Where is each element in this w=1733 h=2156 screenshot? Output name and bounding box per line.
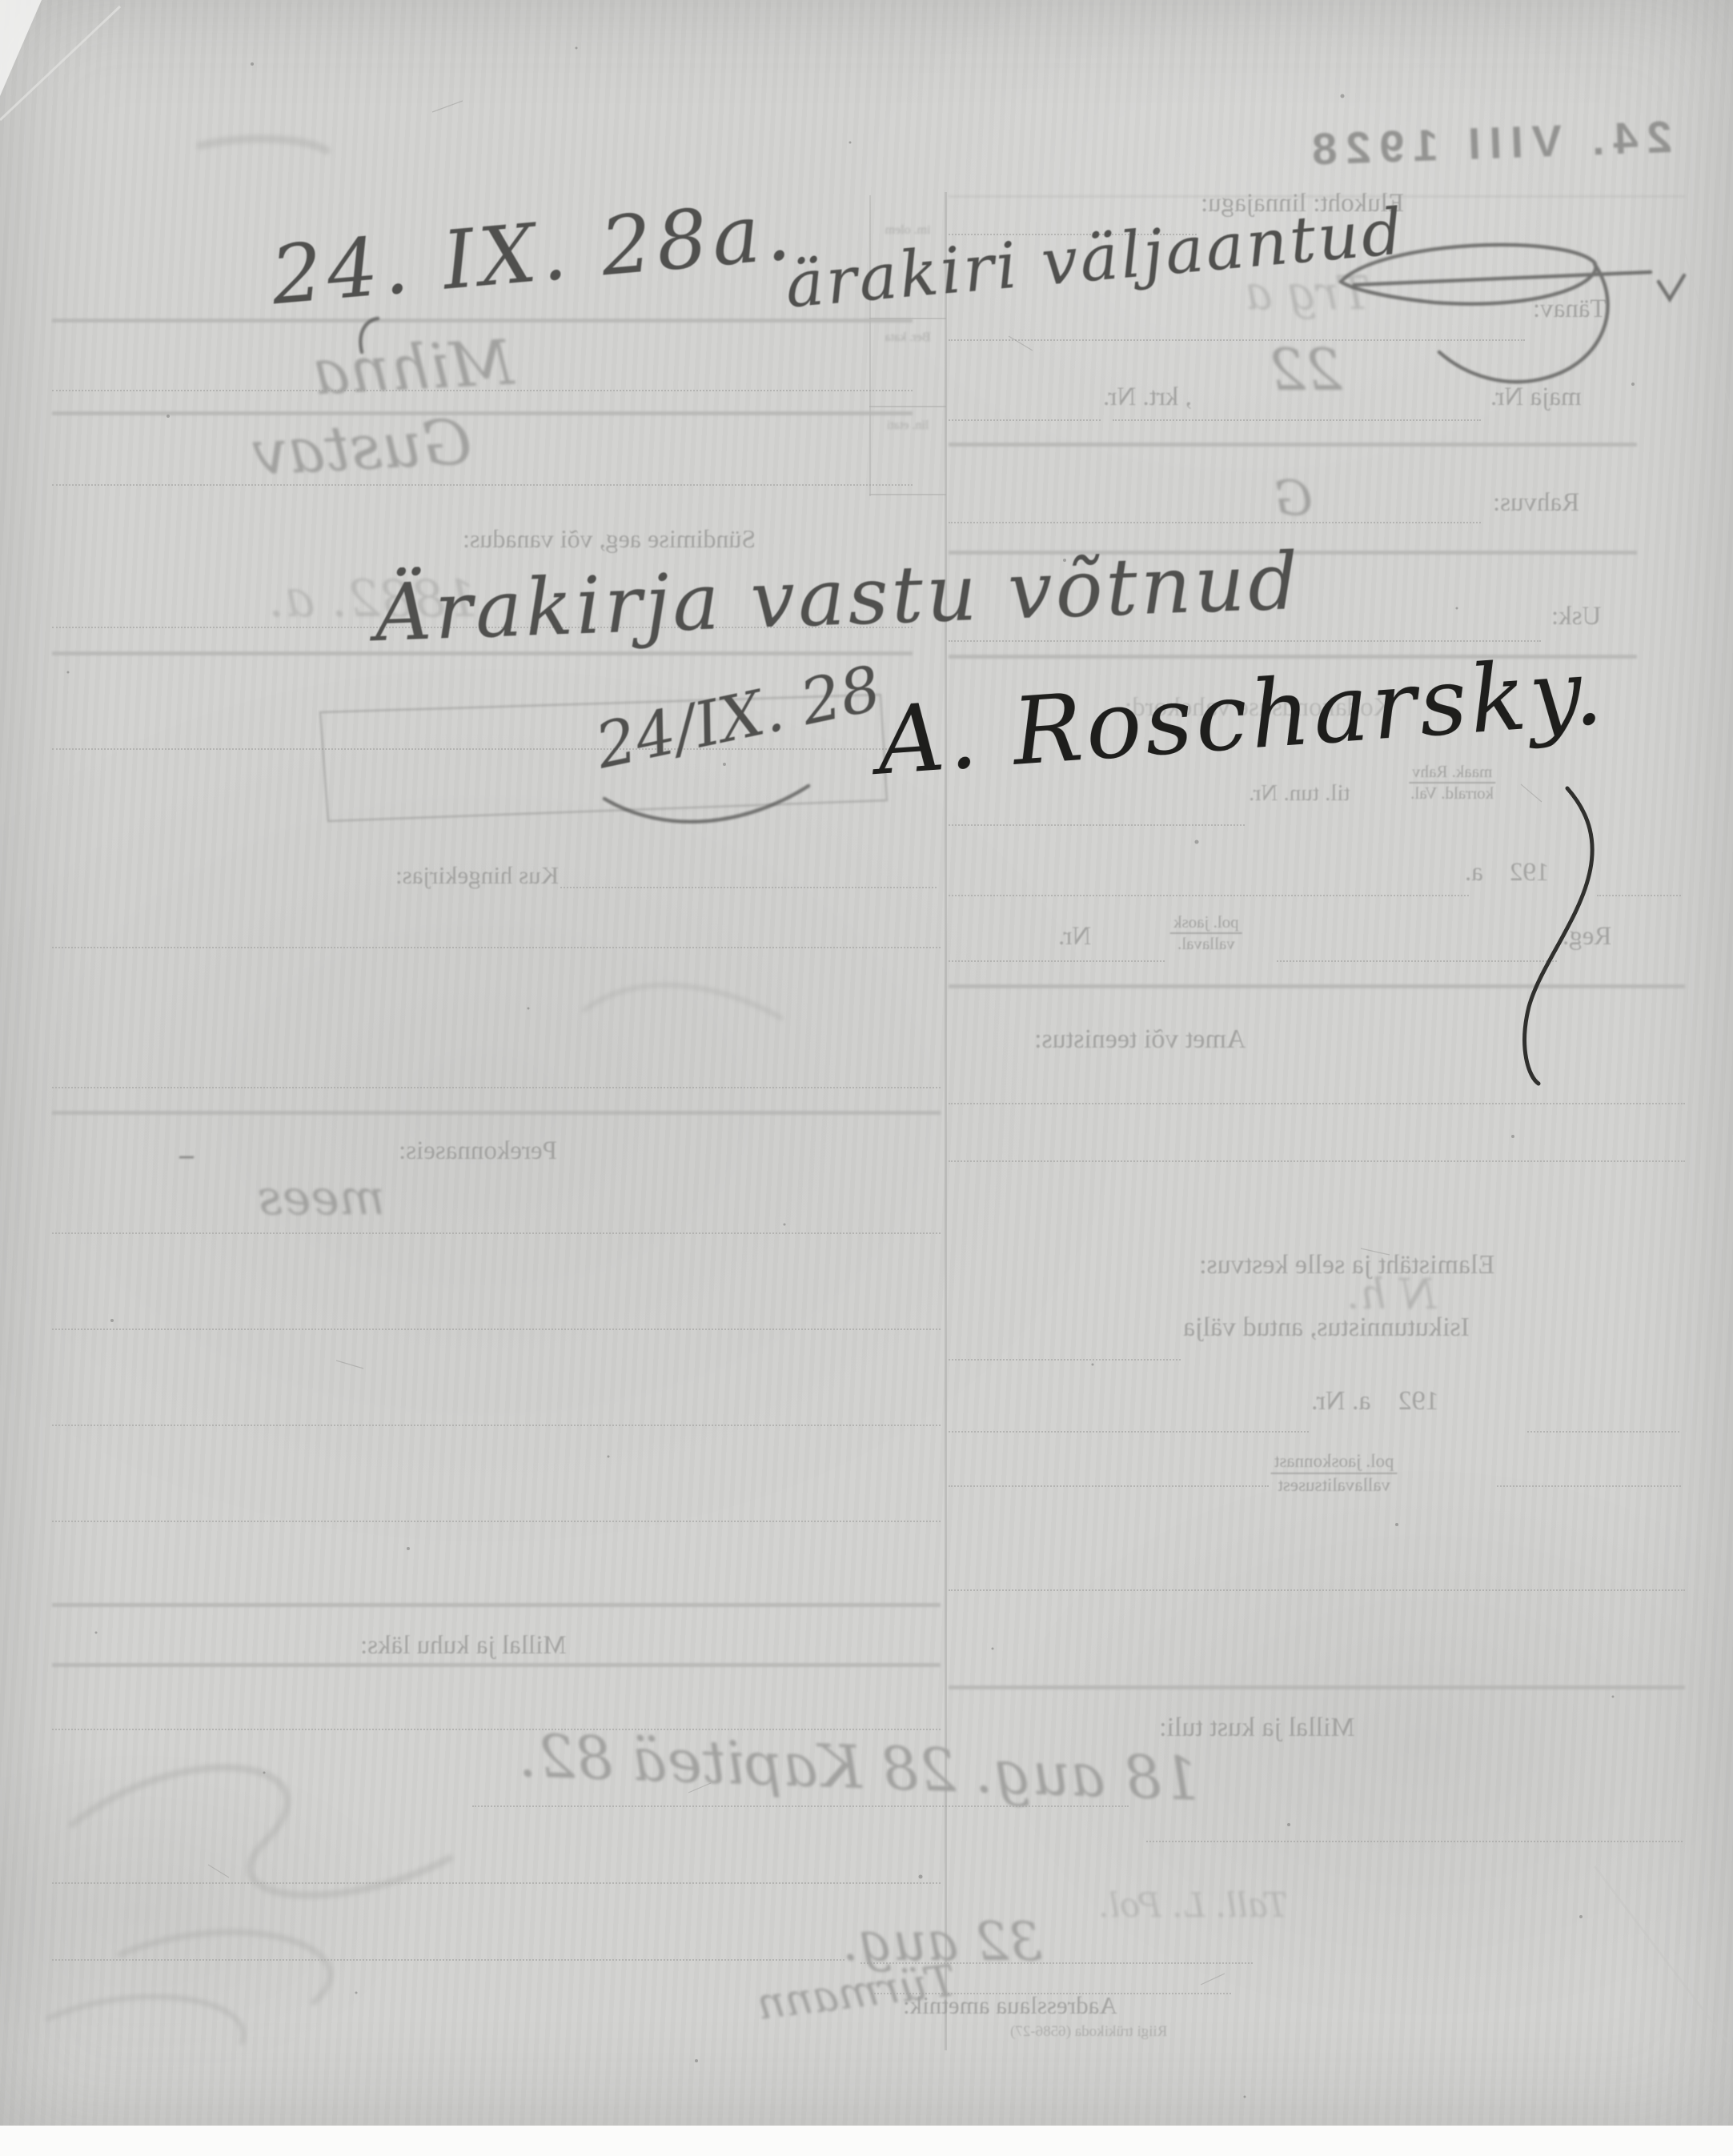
dotted-line <box>949 824 1245 826</box>
dotted-line <box>52 1959 844 1961</box>
label-police-fraction: pol. jaosk vallaval. <box>1170 912 1242 954</box>
label-police-top: pol. jaosk <box>1170 912 1242 934</box>
subcolumn-cell: Ber. kata <box>871 330 945 346</box>
dotted-line <box>52 947 941 948</box>
subcolumn-separator <box>869 406 946 407</box>
label-county-fraction: maak. Rahv korrald. Val. <box>1409 762 1495 803</box>
label-reg: Reg. <box>1563 922 1611 952</box>
scanner-background <box>0 2126 1733 2156</box>
label-county-bottom: korrald. Val. <box>1409 783 1495 803</box>
dotted-line <box>1597 895 1681 896</box>
label-religion: Usk: <box>1551 602 1601 631</box>
dotted-line <box>52 484 913 486</box>
label-street: Tänav: <box>1533 295 1607 324</box>
rule-line <box>949 1685 1685 1689</box>
dotted-line <box>1277 960 1557 962</box>
label-county-top: maak. Rahv <box>1409 762 1495 783</box>
dotted-line <box>52 1087 941 1088</box>
dotted-line <box>949 522 1481 523</box>
label-parish: Kus hingekirjas: <box>395 861 559 890</box>
dotted-line <box>949 1160 1685 1162</box>
label-printer-note: Riigi trükikoda (6586-27) <box>1010 2023 1167 2041</box>
label-id-year: 192 a. Nr. <box>1311 1386 1439 1417</box>
dotted-line <box>1527 1431 1679 1433</box>
dotted-line <box>1146 1841 1683 1842</box>
label-year: 192 a. <box>1465 858 1549 888</box>
rule-line <box>52 1663 941 1667</box>
rule-line <box>52 1111 941 1115</box>
rule-line <box>52 411 913 415</box>
dotted-line <box>949 419 1101 421</box>
bleed-house-no: 22 <box>1269 336 1342 403</box>
dotted-line <box>52 1521 941 1522</box>
dotted-line <box>949 339 1525 341</box>
bleed-departure-note1: Tall. L. Pol. <box>1098 1885 1288 1925</box>
bleed-nationality-value: G <box>1274 471 1313 527</box>
label-birth: Sündimise aeg, või vanadus: <box>463 524 756 554</box>
dotted-line <box>52 1328 941 1330</box>
dotted-line <box>949 1589 1685 1591</box>
label-cert-no: til. tun. Nr. <box>1249 780 1350 807</box>
decoration-overlay <box>0 0 1733 2156</box>
subcolumn-separator <box>869 494 946 495</box>
dotted-line <box>52 1425 941 1426</box>
label-marital: Perekonnaseis: <box>399 1136 557 1166</box>
label-nr: Nr. <box>1058 922 1091 952</box>
torn-corner <box>0 0 42 96</box>
label-police-bottom: vallaval. <box>1170 934 1242 954</box>
bleed-arrival-note: 18 aug. 28 Kapiteä 82. <box>518 1721 1201 1814</box>
rule-line <box>949 984 1685 988</box>
label-police-district-fraction: pol. jaoskonnast vallavalitsusest <box>1271 1450 1398 1496</box>
date-stamp: 24. VIII 1928 <box>1302 110 1673 175</box>
label-police-district-top: pol. jaoskonnast <box>1271 1450 1398 1474</box>
bleed-name-line1: Mihna <box>311 327 515 409</box>
recipient-signature: A. Roscharsky. <box>873 637 1609 795</box>
annotation-received-date: 24/IX. 28 <box>590 652 888 783</box>
dotted-line <box>1497 1485 1681 1487</box>
bleed-marital-value: mees <box>258 1170 385 1226</box>
dotted-line <box>560 887 937 888</box>
label-house-no: maja Nr. <box>1490 383 1582 412</box>
dotted-line <box>1113 419 1481 421</box>
dotted-line <box>52 1882 941 1884</box>
rule-line <box>52 319 913 323</box>
annotation-issued-date: 24. IX. 28a. <box>267 184 798 323</box>
paper-sheet: 24. VIII 1928 im. olem Ber. kata lin. et… <box>0 0 1733 2126</box>
rule-line <box>52 1603 941 1607</box>
label-arrived: Millal ja kust tuli: <box>1159 1713 1355 1743</box>
dotted-line <box>949 1485 1269 1487</box>
dotted-line <box>949 1431 1309 1433</box>
label-apt-no: , krt. Nr. <box>1103 383 1192 412</box>
bleed-marital-dash: – <box>178 1135 195 1176</box>
dotted-line <box>52 1729 941 1730</box>
label-left: Millal ja kuhu läks: <box>360 1631 567 1661</box>
label-occupation: Amet või teenistus: <box>1034 1024 1246 1055</box>
subcolumn-cell: lin. etati <box>871 418 945 434</box>
dotted-line <box>949 960 1165 962</box>
dotted-line <box>52 1232 941 1234</box>
label-police-district-bottom: vallavalitsusest <box>1271 1474 1398 1497</box>
dotted-line <box>949 1103 1685 1104</box>
bleed-id-note: N h. <box>1346 1271 1436 1319</box>
rule-line <box>949 443 1637 447</box>
bleed-name-line2: Gustav <box>251 407 474 490</box>
dotted-line <box>949 895 1469 896</box>
dotted-line <box>949 640 1541 642</box>
label-nationality: Rahvus: <box>1493 488 1579 518</box>
dotted-line <box>949 1359 1181 1361</box>
dotted-line <box>52 748 913 750</box>
scanned-document-page: { "colors": { "paper": "#d2d2d0", "penci… <box>0 0 1733 2156</box>
